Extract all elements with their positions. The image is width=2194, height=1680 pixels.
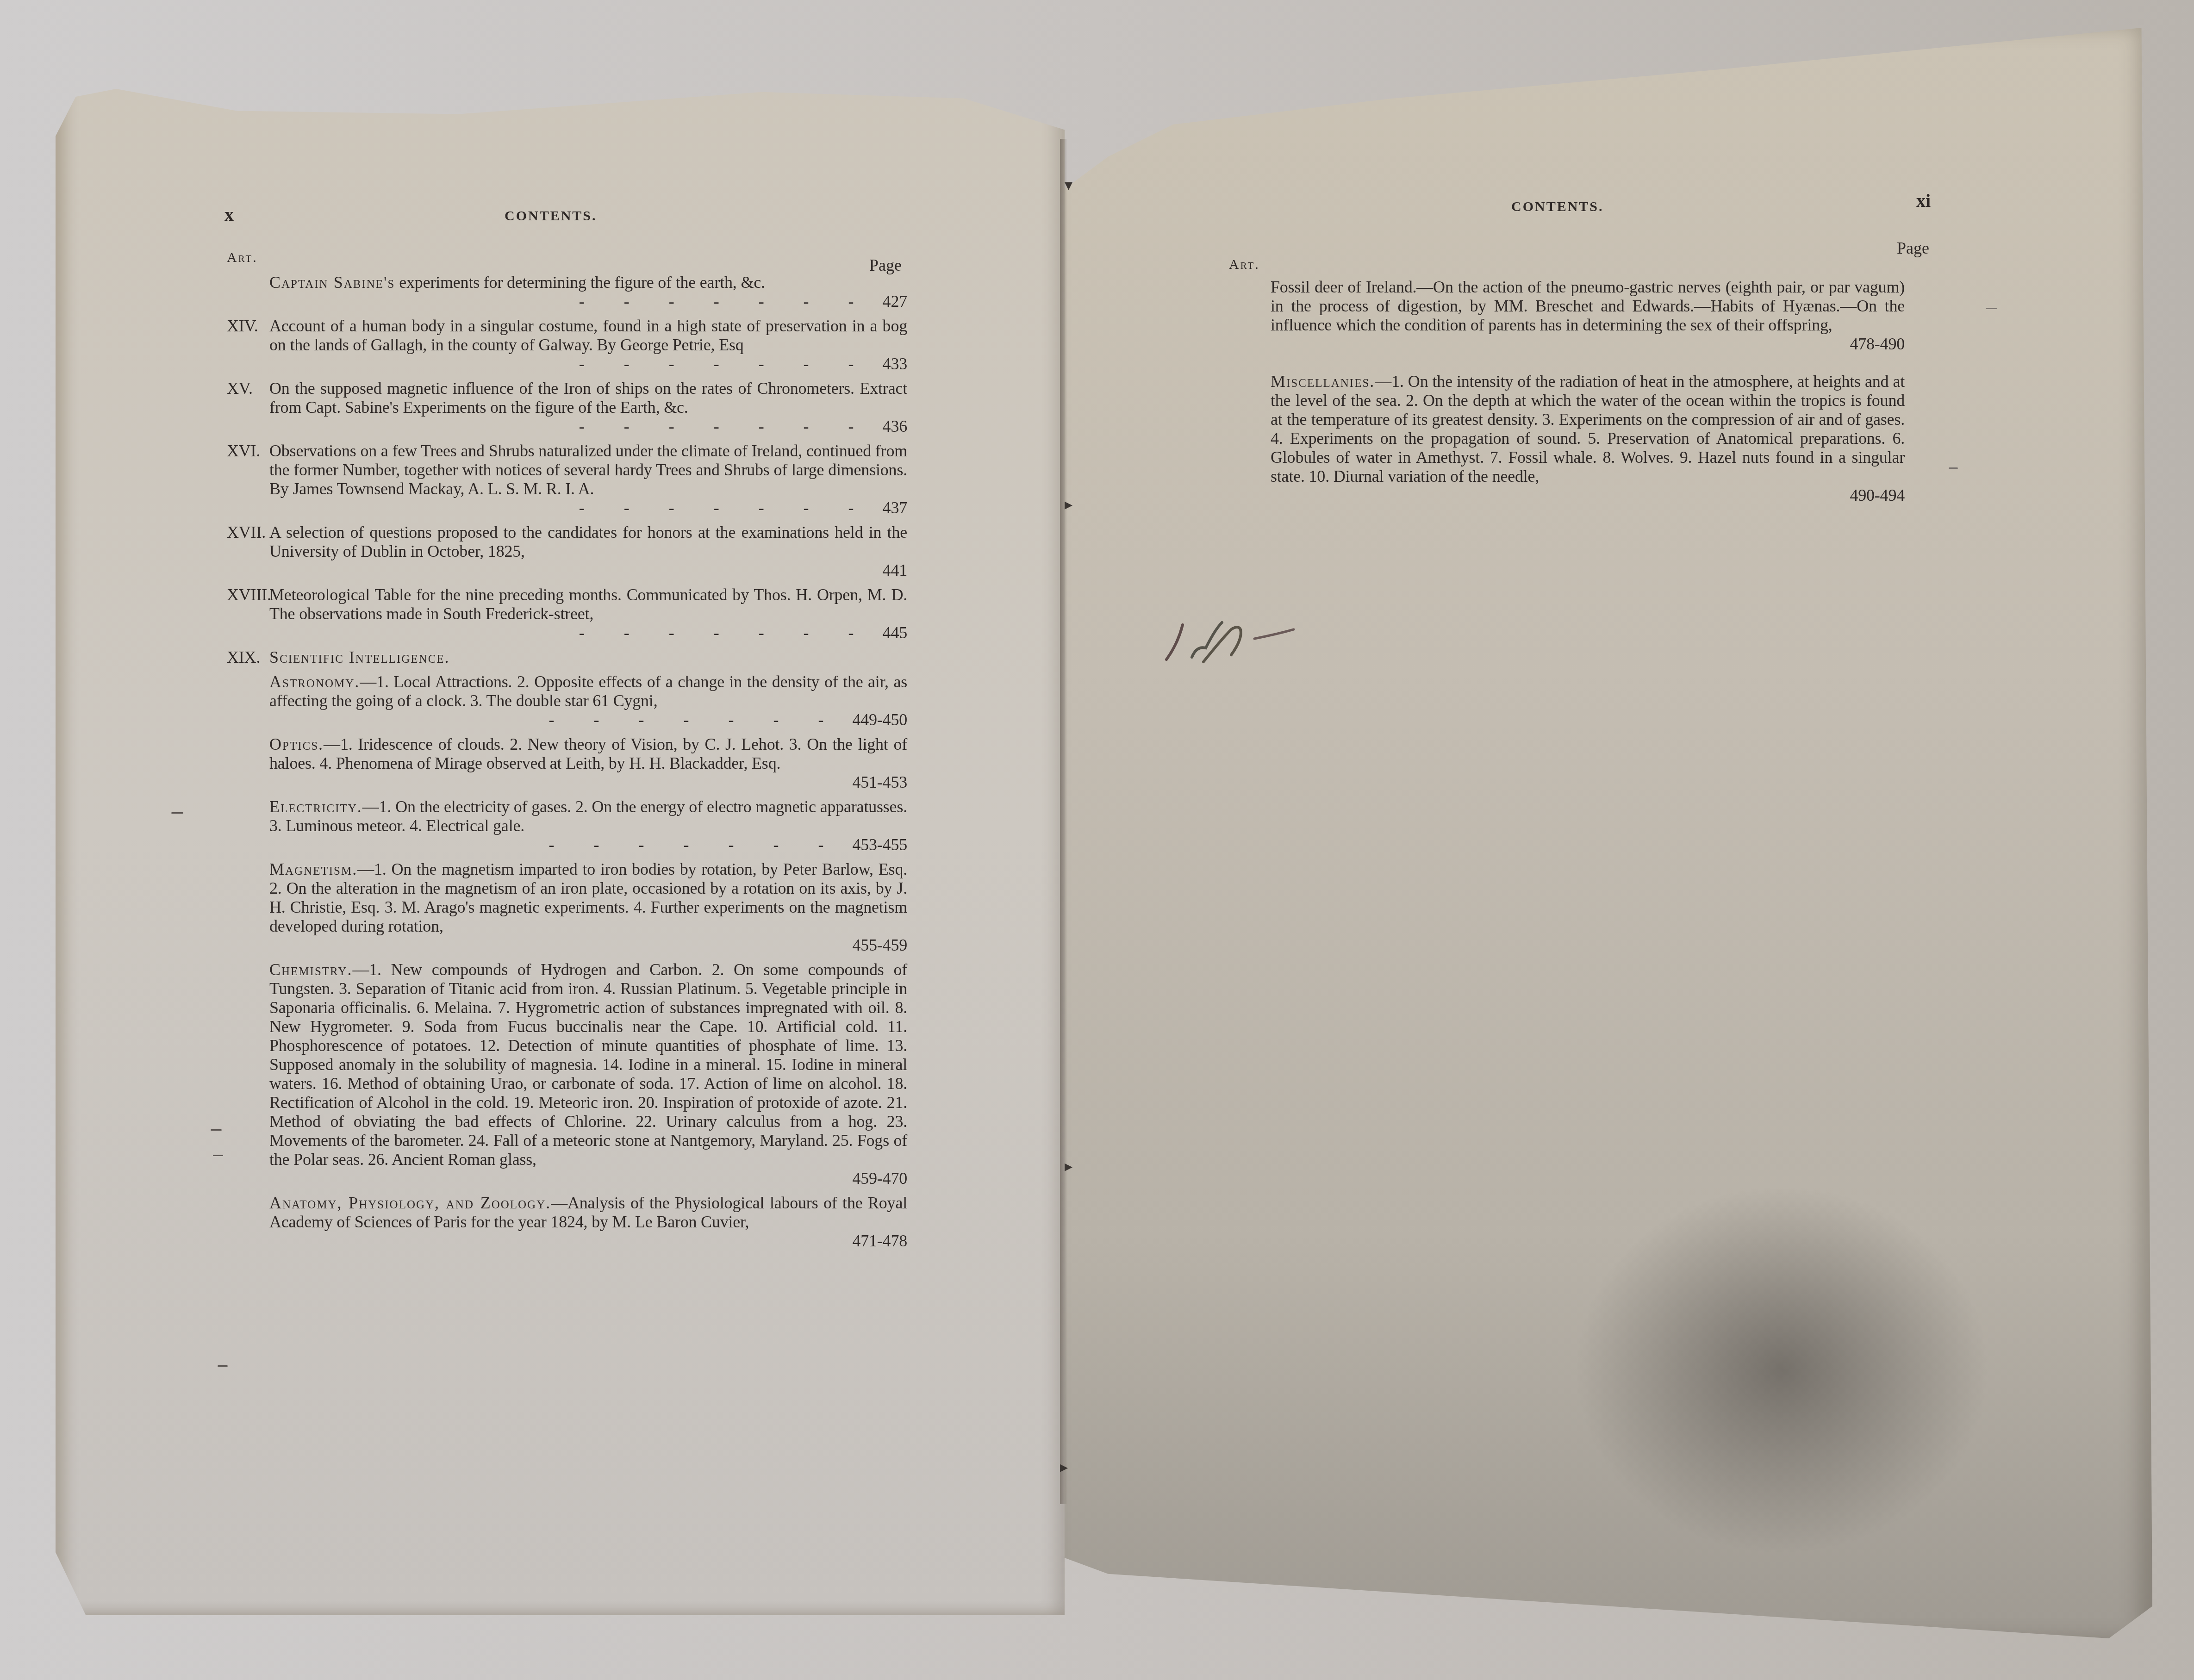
left-running-head: CONTENTS. [505,208,597,224]
right-page-label: Page [1897,238,1929,258]
entry-page: 433 [883,355,907,373]
contents-entry: XIX. Scientific Intelligence. [227,648,907,667]
leader-dots: - - - - - - - [269,292,883,311]
left-page-label: Page [869,255,902,275]
entry-title: Meteorological Table for the nine preced… [269,585,907,623]
right-contents-list: Fossil deer of Ireland.—On the action of… [1271,278,1905,510]
entry-title: Observations on a few Trees and Shrubs n… [269,442,907,498]
margin-mark [171,812,183,814]
contents-entry: XVIII. Meteorological Table for the nine… [227,585,907,642]
subsection-text: —1. New compounds of Hydrogen and Carbon… [269,960,907,1169]
subsection-miscellanies: Miscellanies.—1. On the intensity of the… [1271,372,1905,505]
stitch-mark: ▾ [1065,176,1072,194]
contents-entry: XVI. Observations on a few Trees and Shr… [227,442,907,517]
left-contents-list: Captain Sabine's experiments for determi… [227,273,907,1256]
entry-number: XVIII. [227,585,271,604]
stitch-mark: ▸ [1065,1157,1072,1176]
entry-page: 436 [883,417,907,436]
subsection-text: —1. Iridescence of clouds. 2. New theory… [269,735,907,772]
left-folio: x [224,204,234,225]
entry-number: XIX. [227,648,260,667]
margin-mark [1949,467,1958,469]
right-running-head: CONTENTS. [1511,199,1604,215]
entry-title: A selection of questions proposed to the… [269,523,907,560]
contents-entry: XV. On the supposed magnetic influence o… [227,379,907,436]
subsection-heading: Astronomy. [269,672,360,691]
subsection-heading: Chemistry. [269,960,352,979]
subsection-anatomy: Anatomy, Physiology, and Zoology.—Analys… [227,1194,907,1251]
subsection-magnetism: Magnetism.—1. On the magnetism imparted … [227,860,907,955]
subsection-heading: Electricity. [269,797,362,816]
contents-entry: XVII. A selection of questions proposed … [227,523,907,580]
subsection-continued: Fossil deer of Ireland.—On the action of… [1271,278,1905,354]
subsection-electricity: Electricity.—1. On the electricity of ga… [227,797,907,854]
entry-number: XV. [227,379,253,398]
entry-title: Account of a human body in a singular co… [269,317,907,354]
leader-dots: - - - - - - - [269,710,852,729]
subsection-page: 471-478 [852,1232,907,1251]
entry-author: Captain Sabine's [269,273,395,292]
subsection-text: —1. On the electricity of gases. 2. On t… [269,797,907,835]
entry-page: 427 [883,292,907,311]
right-art-label: Art. [1229,257,1260,273]
subsection-page: 453-455 [852,835,907,854]
subsection-optics: Optics.—1. Iridescence of clouds. 2. New… [227,735,907,792]
subsection-page: 455-459 [852,936,907,955]
leader-dots: - - - - - - - [269,623,883,642]
leader-dots: - - - - - - - [269,417,883,436]
book-gutter [1060,139,1067,1504]
hand-shadow [1574,1185,1990,1555]
margin-mark [211,1129,222,1131]
leader-dots: - - - - - - - [269,498,883,517]
entry-page: 441 [883,561,907,580]
subsection-heading: Optics. [269,735,324,753]
subsection-page: 459-470 [852,1169,907,1188]
subsection-astronomy: Astronomy.—1. Local Attractions. 2. Oppo… [227,672,907,729]
entry-number: XVII. [227,523,266,542]
entry-page: 437 [883,498,907,517]
stitch-mark: ▸ [1065,495,1072,514]
contents-entry: Captain Sabine's experiments for determi… [227,273,907,311]
subsection-page: 451-453 [852,773,907,792]
subsection-page: 449-450 [852,710,907,729]
subsection-text: —1. On the magnetism imparted to iron bo… [269,860,907,935]
entry-number: XVI. [227,442,260,460]
subsection-heading: Anatomy, Physiology, and Zoology. [269,1194,551,1212]
subsection-chemistry: Chemistry.—1. New compounds of Hydrogen … [227,960,907,1188]
subsection-text: Fossil deer of Ireland.—On the action of… [1271,278,1905,334]
margin-mark [213,1155,223,1156]
left-art-label: Art. [227,250,258,266]
subsection-heading: Miscellanies. [1271,372,1375,391]
entry-number: XIV. [227,317,258,336]
margin-mark [1986,308,1997,309]
stitch-mark: ▸ [1060,1458,1068,1476]
entry-page: 445 [883,623,907,642]
section-heading: Scientific Intelligence. [269,648,450,666]
right-page [1065,28,2152,1638]
entry-title: experiments for determining the figure o… [395,273,765,292]
contents-entry: XIV. Account of a human body in a singul… [227,317,907,373]
right-folio: xi [1916,190,1931,212]
margin-mark [218,1365,228,1367]
entry-title: On the supposed magnetic influence of th… [269,379,907,417]
handwritten-note-icon [1157,611,1342,671]
leader-dots: - - - - - - - [269,835,852,854]
subsection-text: —1. Local Attractions. 2. Opposite effec… [269,672,907,710]
subsection-heading: Magnetism. [269,860,357,878]
subsection-page: 490-494 [1850,486,1905,505]
leader-dots: - - - - - - - [269,355,883,373]
subsection-page: 478-490 [1850,335,1905,353]
